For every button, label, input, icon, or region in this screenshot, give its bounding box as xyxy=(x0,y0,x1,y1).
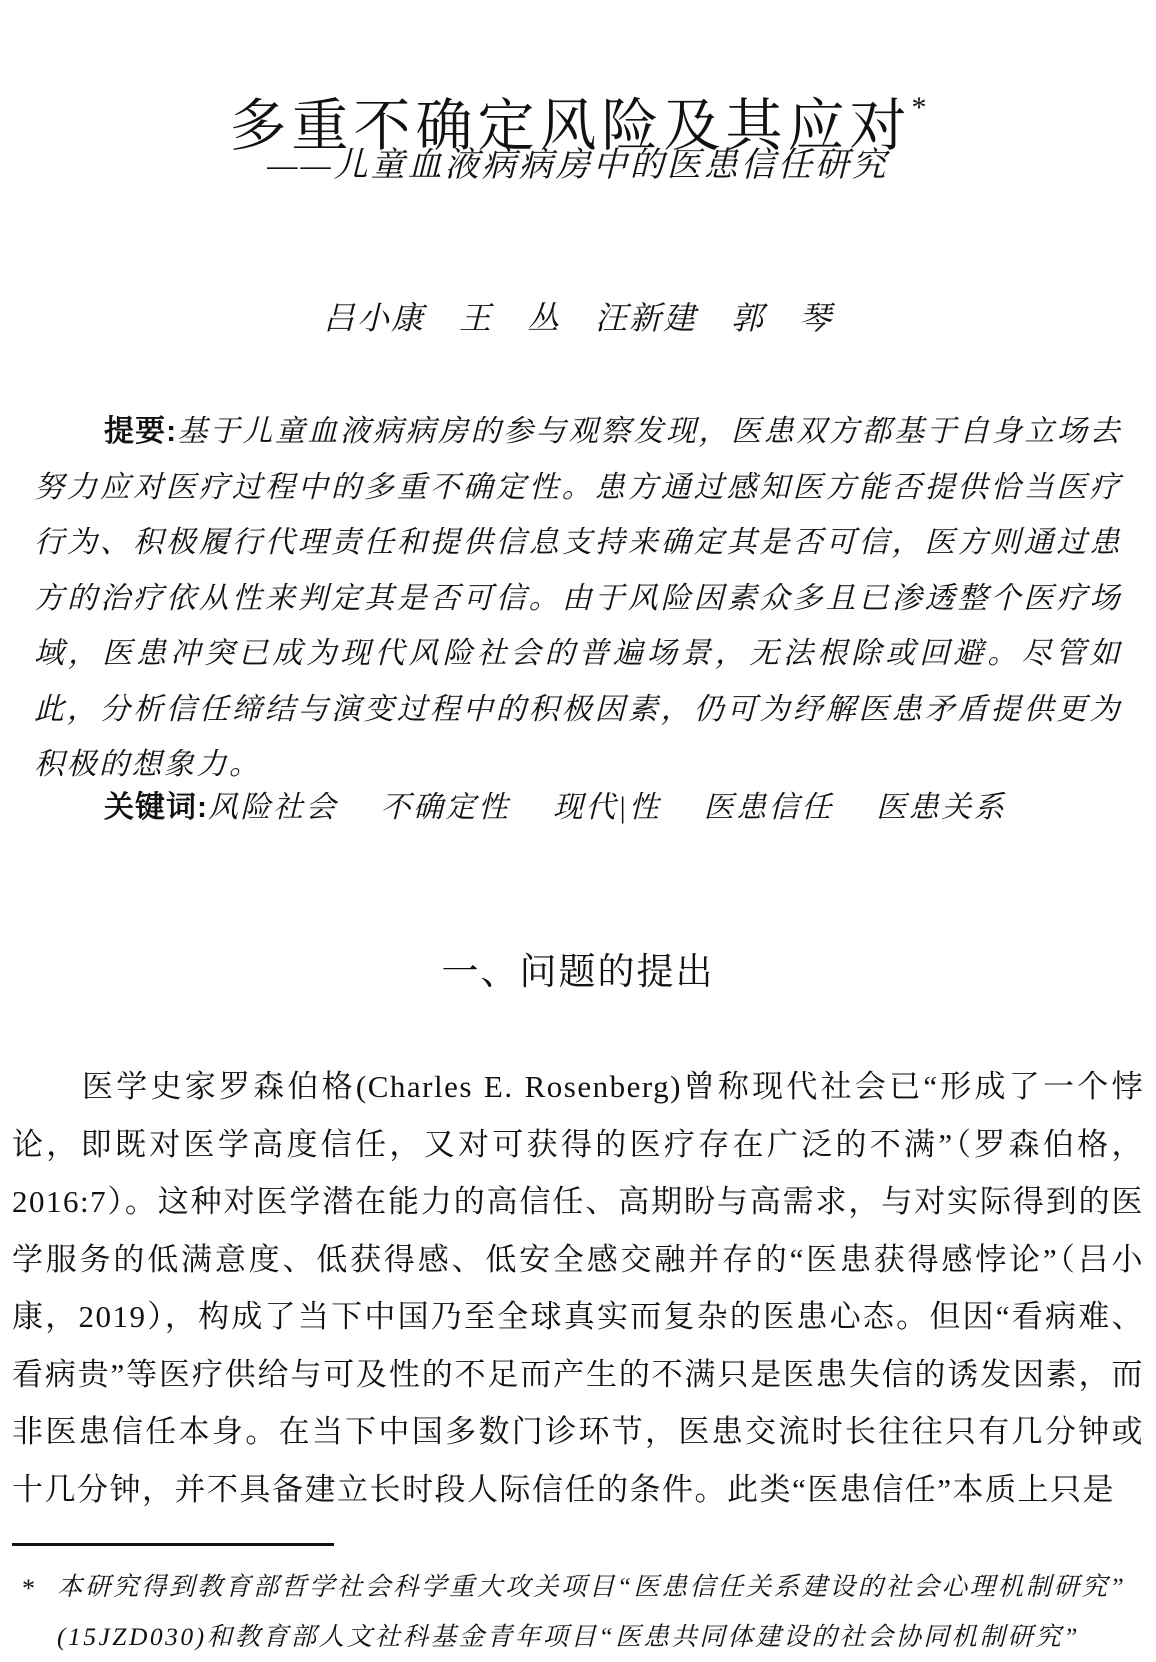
paper-subtitle: ——儿童血液病病房中的医患信任研究 xyxy=(0,137,1156,186)
title-footnote-marker: * xyxy=(912,91,927,124)
footnote-block: * 本研究得到教育部哲学社会科学重大攻关项目“医患信任关系建设的社会心理机制研究… xyxy=(12,1562,1144,1662)
body-paragraph: 医学史家罗森伯格(Charles E. Rosenberg)曾称现代社会已“形成… xyxy=(12,1058,1144,1518)
paper-page: 多重不确定风险及其应对* ——儿童血液病病房中的医患信任研究 吕小康 王 丛 汪… xyxy=(0,0,1156,1662)
abstract-text: 基于儿童血液病病房的参与观察发现，医患双方都基于自身立场去努力应对医疗过程中的多… xyxy=(34,415,1122,781)
abstract-label: 提要: xyxy=(104,415,177,448)
abstract-block: 提要:基于儿童血液病病房的参与观察发现，医患双方都基于自身立场去努力应对医疗过程… xyxy=(34,404,1122,793)
body-text-block: 医学史家罗森伯格(Charles E. Rosenberg)曾称现代社会已“形成… xyxy=(12,1058,1144,1518)
authors-line: 吕小康 王 丛 汪新建 郭 琴 xyxy=(0,293,1156,339)
keywords-label: 关键词: xyxy=(104,791,208,824)
footnote-line-1: 本研究得到教育部哲学社会科学重大攻关项目“医患信任关系建设的社会心理机制研究” xyxy=(57,1562,1144,1612)
keywords-line: 关键词:风险社会 不确定性 现代|性 医患信任 医患关系 xyxy=(34,786,1122,830)
section-heading: 一、问题的提出 xyxy=(0,941,1156,995)
keywords-text: 风险社会 不确定性 现代|性 医患信任 医患关系 xyxy=(208,791,1006,824)
footnote-marker: * xyxy=(22,1564,38,1614)
footnote-separator-rule xyxy=(12,1543,334,1546)
abstract-paragraph: 提要:基于儿童血液病病房的参与观察发现，医患双方都基于自身立场去努力应对医疗过程… xyxy=(34,404,1122,793)
footnote-line-2: (15JZD030)和教育部人文社科基金青年项目“医患共同体建设的社会协同机制研… xyxy=(57,1612,1144,1662)
